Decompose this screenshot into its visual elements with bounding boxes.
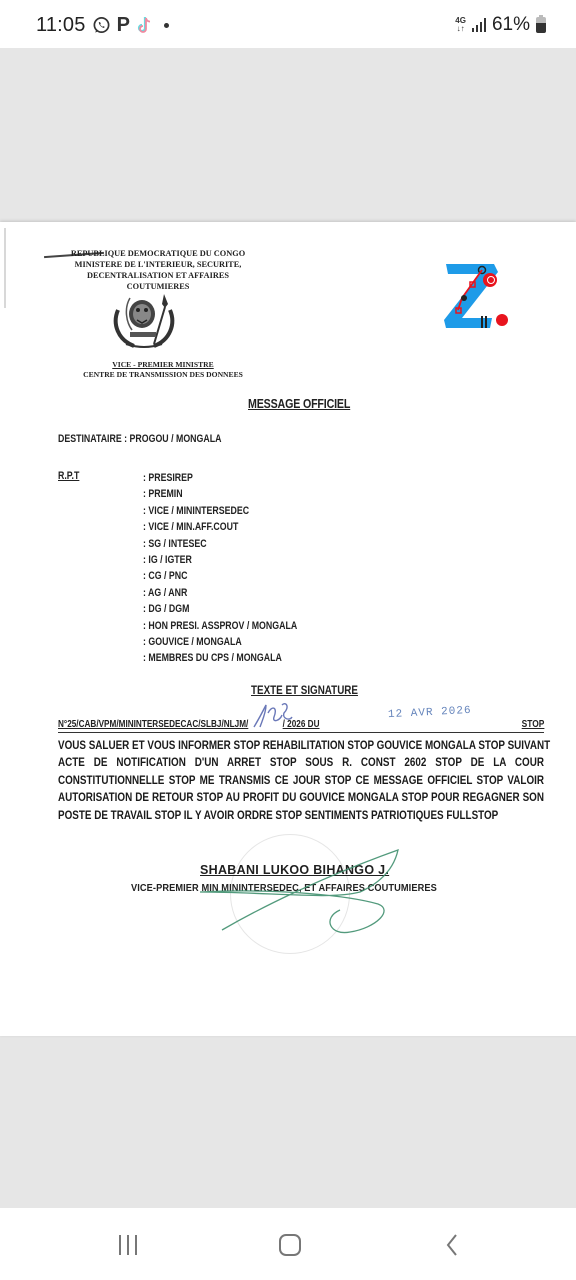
more-notifications-dot-icon [164, 23, 169, 28]
back-chevron-icon [445, 1233, 459, 1257]
message-body-line: POSTE DE TRAVAIL STOP IL Y AVOIR ORDRE S… [58, 807, 544, 824]
recent-apps-icon [119, 1235, 121, 1255]
received-date-stamp: 12 AVR 2026 [388, 705, 472, 721]
scan-edge-shadow [4, 228, 6, 308]
status-left: 11:05 P [36, 12, 169, 38]
back-button[interactable] [432, 1230, 472, 1260]
handwritten-number-scribble [250, 699, 294, 731]
battery-icon [536, 17, 546, 33]
rpt-recipient-item: : GOUVICE / MONGALA [143, 634, 297, 650]
ministry-header: REPUBLIQUE DEMOCRATIQUE DU CONGO MINISTE… [58, 248, 258, 292]
message-body: VOUS SALUER ET VOUS INFORMER STOP REHABI… [58, 737, 544, 824]
message-body-line: AUTORISATION DE RETOUR STOP AU PROFIT DU… [58, 789, 544, 806]
rpt-recipient-item: : HON PRESI. ASSPROV / MONGALA [143, 618, 297, 634]
rpt-label: R.P.T [58, 470, 79, 482]
network-4g-icon: 4G ↓↑ [455, 17, 466, 33]
navigation-bar [0, 1208, 576, 1280]
text-and-signature-heading: TEXTE ET SIGNATURE [251, 683, 358, 697]
message-body-line: ACTE DE NOTIFICATION D'UN ARRET STOP SOU… [58, 754, 544, 771]
home-icon [279, 1234, 301, 1256]
rpt-recipient-item: : CG / PNC [143, 568, 297, 584]
whatsapp-icon [92, 16, 111, 35]
message-body-line: CONSTITUTIONNELLE STOP ME TRANSMIS CE JO… [58, 772, 544, 789]
rpt-recipient-item: : IG / IGTER [143, 552, 297, 568]
p-app-icon: P [117, 15, 130, 35]
rpt-recipient-item: : AG / ANR [143, 585, 297, 601]
rpt-recipient-item: : PREMIN [143, 486, 297, 502]
rpt-recipient-item: : SG / INTESEC [143, 536, 297, 552]
handwritten-signature [180, 848, 420, 938]
recipient-line: DESTINATAIRE : PROGOU / MONGALA [58, 433, 221, 445]
message-body-line: VOUS SALUER ET VOUS INFORMER STOP REHABI… [58, 737, 544, 754]
reference-line: N°25/CAB/VPM/MININTERSEDECAC/SLBJ/NLJM//… [58, 717, 544, 733]
signal-strength-icon [472, 18, 486, 32]
reference-stop: STOP [521, 718, 544, 730]
rpt-recipient-item: : DG / DGM [143, 601, 297, 617]
rpt-recipient-list: : PRESIREP: PREMIN: VICE / MININTERSEDEC… [143, 470, 336, 667]
home-button[interactable] [270, 1230, 310, 1260]
recent-apps-button[interactable] [108, 1230, 148, 1260]
tiktok-icon [136, 15, 152, 35]
rpt-recipient-item: : PRESIREP [143, 470, 297, 486]
rpt-recipient-item: : MEMBRES DU CPS / MONGALA [143, 650, 297, 666]
coat-of-arms-emblem-icon [108, 290, 180, 352]
battery-percent: 61% [492, 14, 530, 36]
office-header: VICE - PREMIER MINISTRE CENTRE DE TRANSM… [68, 360, 258, 380]
status-right: 4G ↓↑ 61% [455, 12, 546, 38]
rpt-recipient-item: : VICE / MIN.AFF.COUT [143, 519, 297, 535]
message-title: MESSAGE OFFICIEL [248, 396, 350, 411]
rpt-recipient-item: : VICE / MININTERSEDEC [143, 503, 297, 519]
clock: 11:05 [36, 14, 86, 37]
document-image[interactable]: REPUBLIQUE DEMOCRATIQUE DU CONGO MINISTE… [0, 222, 576, 1036]
z-logo-watermark-icon [440, 258, 512, 338]
status-bar: 11:05 P 4G ↓↑ 61% [0, 0, 576, 48]
